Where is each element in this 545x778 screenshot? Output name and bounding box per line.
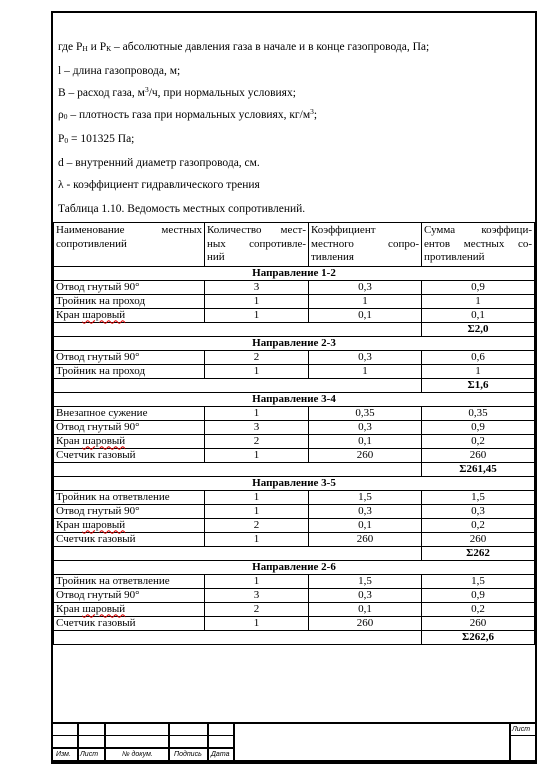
variable-definitions: где PН и PК – абсолютные давления газа в… (58, 36, 429, 196)
coefficient-sum: 0,35 (422, 406, 535, 420)
resistance-name: Отвод гнутый 90° (54, 280, 205, 294)
table-row: Тройник на ответвление11,51,5 (54, 490, 535, 504)
resistance-name: Счетчик газовый (54, 616, 205, 630)
table-row: Отвод гнутый 90°20,30,6 (54, 350, 535, 364)
coefficient-sum: 0,9 (422, 280, 535, 294)
table-row: Счетчик газовый1260260 (54, 448, 535, 462)
resistance-count: 1 (205, 490, 309, 504)
resistance-name: Отвод гнутый 90° (54, 350, 205, 364)
direction-row: Направление 3-4 (54, 392, 535, 406)
resistance-count: 2 (205, 602, 309, 616)
local-resistances-table: Наименование местныхсопротивленийКоличес… (53, 222, 535, 645)
resistance-count: 3 (205, 588, 309, 602)
resistance-count: 3 (205, 280, 309, 294)
stamp-sheet-label: Лист (512, 726, 530, 733)
resistance-coefficient: 1 (309, 364, 422, 378)
column-header-2: Количество мест-ных сопротивле-ний (205, 223, 309, 267)
resistance-name: Кран шаровый (54, 518, 205, 532)
coefficient-sum: 0,2 (422, 602, 535, 616)
coefficient-sum: 260 (422, 616, 535, 630)
direction-row: Направление 2-3 (54, 336, 535, 350)
resistance-name: Кран шаровый (54, 602, 205, 616)
resistance-count: 2 (205, 434, 309, 448)
resistance-name: Тройник на ответвление (54, 574, 205, 588)
direction-row: Направление 2-6 (54, 560, 535, 574)
stamp-label-date: Дата (211, 751, 229, 758)
total-spacer (54, 378, 422, 392)
title-block-stamp: Изм. Лист № докум. Подпись Дата Лист (51, 722, 537, 762)
stamp-label-change: Изм. (56, 751, 71, 758)
resistance-coefficient: 260 (309, 448, 422, 462)
table-row: Кран шаровый10,10,1 (54, 308, 535, 322)
direction-title: Направление 1-2 (54, 266, 535, 280)
resistance-count: 2 (205, 350, 309, 364)
section-total: Σ262,6 (422, 630, 535, 644)
direction-row: Направление 3-5 (54, 476, 535, 490)
resistance-count: 1 (205, 616, 309, 630)
table-header-row: Наименование местныхсопротивленийКоличес… (54, 223, 535, 267)
resistance-count: 1 (205, 364, 309, 378)
coefficient-sum: 0,3 (422, 504, 535, 518)
resistance-coefficient: 0,1 (309, 308, 422, 322)
resistance-name: Тройник на проход (54, 364, 205, 378)
stamp-label-signature: Подпись (174, 751, 202, 758)
coefficient-sum: 260 (422, 532, 535, 546)
table-row: Кран шаровый20,10,2 (54, 602, 535, 616)
resistance-name: Кран шаровый (54, 308, 205, 322)
coefficient-sum: 0,1 (422, 308, 535, 322)
resistance-coefficient: 0,3 (309, 588, 422, 602)
column-header-4: Сумма коэффици-ентов местных со-противле… (422, 223, 535, 267)
table-row: Счетчик газовый1260260 (54, 616, 535, 630)
table-row: Отвод гнутый 90°10,30,3 (54, 504, 535, 518)
resistance-name: Счетчик газовый (54, 532, 205, 546)
total-row: Σ261,45 (54, 462, 535, 476)
definition-lambda: λ - коэффициент гидравлического трения (58, 174, 429, 196)
resistance-name: Внезапное сужение (54, 406, 205, 420)
section-total: Σ262 (422, 546, 535, 560)
resistance-count: 1 (205, 308, 309, 322)
resistance-coefficient: 0,1 (309, 518, 422, 532)
definition-length: l – длина газопровода, м; (58, 60, 429, 82)
resistance-count: 1 (205, 406, 309, 420)
table-row: Внезапное сужение10,350,35 (54, 406, 535, 420)
resistance-name: Отвод гнутый 90° (54, 504, 205, 518)
resistance-coefficient: 1,5 (309, 574, 422, 588)
table-row: Тройник на ответвление11,51,5 (54, 574, 535, 588)
resistance-count: 1 (205, 448, 309, 462)
coefficient-sum: 1,5 (422, 574, 535, 588)
resistance-coefficient: 0,3 (309, 420, 422, 434)
direction-title: Направление 3-4 (54, 392, 535, 406)
definition-pressure: где PН и PК – абсолютные давления газа в… (58, 36, 429, 60)
table-row: Кран шаровый20,10,2 (54, 518, 535, 532)
definition-flow: B – расход газа, м3/ч, при нормальных ус… (58, 82, 429, 104)
coefficient-sum: 0,9 (422, 588, 535, 602)
resistance-name: Счетчик газовый (54, 448, 205, 462)
table-row: Тройник на проход111 (54, 294, 535, 308)
resistance-coefficient: 1 (309, 294, 422, 308)
resistance-coefficient: 0,3 (309, 350, 422, 364)
total-spacer (54, 322, 422, 336)
column-header-1: Наименование местныхсопротивлений (54, 223, 205, 267)
resistance-name: Отвод гнутый 90° (54, 420, 205, 434)
definition-density: ρ0 – плотность газа при нормальных услов… (58, 104, 429, 128)
coefficient-sum: 0,9 (422, 420, 535, 434)
direction-title: Направление 2-6 (54, 560, 535, 574)
total-row: Σ1,6 (54, 378, 535, 392)
coefficient-sum: 0,2 (422, 518, 535, 532)
resistance-count: 1 (205, 532, 309, 546)
resistance-name: Тройник на проход (54, 294, 205, 308)
table-row: Отвод гнутый 90°30,30,9 (54, 588, 535, 602)
resistance-coefficient: 0,3 (309, 280, 422, 294)
resistance-coefficient: 0,3 (309, 504, 422, 518)
resistance-coefficient: 0,1 (309, 434, 422, 448)
definition-diameter: d – внутренний диаметр газопровода, см. (58, 152, 429, 174)
column-header-3: Коэффициентместного сопро-тивления (309, 223, 422, 267)
table-caption: Таблица 1.10. Ведомость местных сопротив… (58, 203, 305, 215)
section-total: Σ261,45 (422, 462, 535, 476)
resistance-coefficient: 0,1 (309, 602, 422, 616)
coefficient-sum: 1 (422, 294, 535, 308)
total-row: Σ262,6 (54, 630, 535, 644)
resistance-count: 2 (205, 518, 309, 532)
coefficient-sum: 1 (422, 364, 535, 378)
resistance-count: 1 (205, 504, 309, 518)
resistance-coefficient: 260 (309, 532, 422, 546)
table-row: Отвод гнутый 90°30,30,9 (54, 280, 535, 294)
section-total: Σ1,6 (422, 378, 535, 392)
coefficient-sum: 1,5 (422, 490, 535, 504)
direction-row: Направление 1-2 (54, 266, 535, 280)
section-total: Σ2,0 (422, 322, 535, 336)
resistance-count: 1 (205, 294, 309, 308)
resistance-coefficient: 1,5 (309, 490, 422, 504)
resistance-name: Отвод гнутый 90° (54, 588, 205, 602)
resistance-coefficient: 0,35 (309, 406, 422, 420)
coefficient-sum: 0,2 (422, 434, 535, 448)
table-row: Тройник на проход111 (54, 364, 535, 378)
stamp-label-doc-number: № докум. (122, 751, 153, 758)
coefficient-sum: 260 (422, 448, 535, 462)
stamp-label-sheet: Лист (80, 751, 98, 758)
definition-p0: P0 = 101325 Па; (58, 128, 429, 152)
table-row: Кран шаровый20,10,2 (54, 434, 535, 448)
total-row: Σ2,0 (54, 322, 535, 336)
coefficient-sum: 0,6 (422, 350, 535, 364)
direction-title: Направление 3-5 (54, 476, 535, 490)
total-spacer (54, 462, 422, 476)
resistance-name: Кран шаровый (54, 434, 205, 448)
resistance-count: 3 (205, 420, 309, 434)
total-spacer (54, 630, 422, 644)
resistance-count: 1 (205, 574, 309, 588)
table-row: Отвод гнутый 90°30,30,9 (54, 420, 535, 434)
total-row: Σ262 (54, 546, 535, 560)
direction-title: Направление 2-3 (54, 336, 535, 350)
table-row: Счетчик газовый1260260 (54, 532, 535, 546)
total-spacer (54, 546, 422, 560)
resistance-coefficient: 260 (309, 616, 422, 630)
resistance-name: Тройник на ответвление (54, 490, 205, 504)
